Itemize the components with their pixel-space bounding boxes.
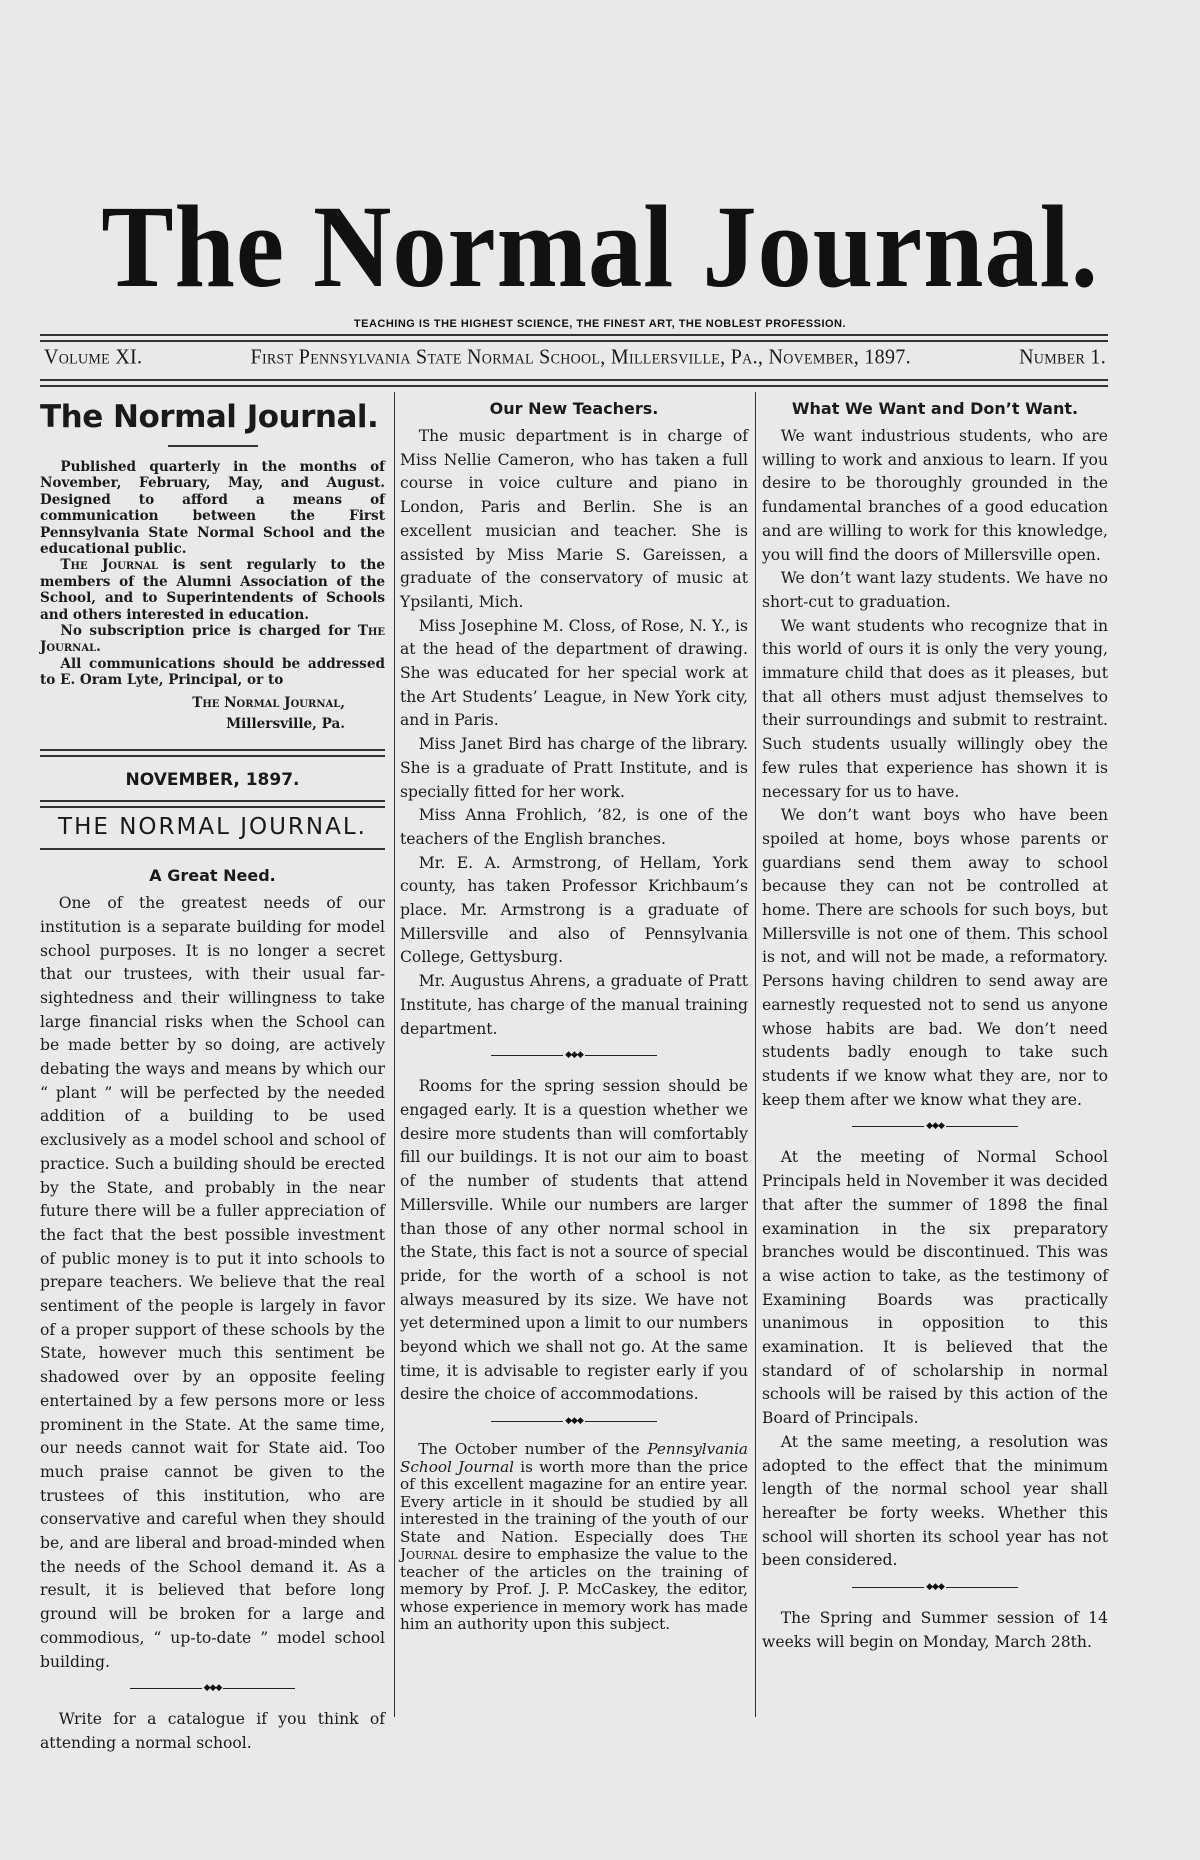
volume-number: Volume XI. xyxy=(44,345,142,369)
column-2: Our New Teachers. The music department i… xyxy=(400,395,748,1634)
article-paragraph: We want industrious students, who are wi… xyxy=(762,425,1108,567)
masthead-bottom-rule xyxy=(40,379,1108,387)
issue-number: Number 1. xyxy=(1019,345,1106,369)
info-paragraph: All communications should be addressed t… xyxy=(40,656,385,689)
issue-date-heading: NOVEMBER, 1897. xyxy=(40,769,385,793)
ornament-divider: ◆◆◆ xyxy=(40,1682,385,1694)
diamond-ornament-icon: ◆◆◆ xyxy=(204,1684,222,1693)
diamond-ornament-icon: ◆◆◆ xyxy=(926,1122,944,1131)
article-paragraph: We want students who recognize that in t… xyxy=(762,615,1108,805)
article-heading: Our New Teachers. xyxy=(400,397,748,421)
article-body: One of the greatest needs of our institu… xyxy=(40,892,385,1674)
article-heading: What We Want and Don’t Want. xyxy=(762,397,1108,421)
column-3: What We Want and Don’t Want. We want ind… xyxy=(762,395,1108,1654)
article-paragraph: Miss Josephine M. Closs, of Rose, N. Y.,… xyxy=(400,615,748,734)
ornament-divider: ◆◆◆ xyxy=(400,1049,748,1061)
session-notice: The Spring and Summer session of 14 week… xyxy=(762,1607,1108,1654)
short-rule xyxy=(168,445,258,447)
diamond-ornament-icon: ◆◆◆ xyxy=(565,1417,583,1426)
article-heading: A Great Need. xyxy=(40,864,385,888)
article-paragraph: We don’t want boys who have been spoiled… xyxy=(762,804,1108,1112)
meeting-paragraph: At the meeting of Normal School Principa… xyxy=(762,1146,1108,1430)
article-paragraph: The music department is in charge of Mis… xyxy=(400,425,748,615)
ornament-divider: ◆◆◆ xyxy=(400,1415,748,1427)
column-1: The Normal Journal. Published quarterly … xyxy=(40,395,385,1756)
info-paragraph: No subscription price is charged for The… xyxy=(40,623,385,656)
ornament-divider: ◆◆◆ xyxy=(762,1581,1108,1593)
article-paragraph: Mr. E. A. Armstrong, of Hellam, York cou… xyxy=(400,852,748,971)
institution-dateline: First Pennsylvania State Normal School, … xyxy=(251,345,911,369)
journal-name: The Journal xyxy=(60,557,158,573)
newspaper-title: The Normal Journal. xyxy=(48,188,1152,306)
article-paragraph: We don’t want lazy students. We have no … xyxy=(762,567,1108,614)
editorial-heading: THE NORMAL JOURNAL. xyxy=(40,812,385,850)
mailing-address: The Normal Journal, Millersville, Pa. xyxy=(40,693,385,735)
column-rule-1 xyxy=(394,392,395,1717)
column-rule-2 xyxy=(755,392,756,1717)
article-paragraph: Mr. Augustus Ahrens, a graduate of Pratt… xyxy=(400,970,748,1041)
section-rule xyxy=(40,800,385,808)
volume-line: Volume XI. First Pennsylvania State Norm… xyxy=(44,345,1106,369)
rooms-notice: Rooms for the spring session should be e… xyxy=(400,1075,748,1407)
diamond-ornament-icon: ◆◆◆ xyxy=(565,1051,583,1060)
editorial-box-title: The Normal Journal. xyxy=(40,395,385,439)
info-paragraph: Published quarterly in the months of Nov… xyxy=(40,459,385,557)
info-paragraph: The Journal is sent regularly to the mem… xyxy=(40,557,385,623)
october-notice: The October number of the Pennsylvania S… xyxy=(400,1441,748,1634)
diamond-ornament-icon: ◆◆◆ xyxy=(926,1583,944,1592)
section-rule xyxy=(40,749,385,757)
catalogue-notice: Write for a catalogue if you think of at… xyxy=(40,1708,385,1755)
masthead-top-rule xyxy=(40,334,1108,342)
ornament-divider: ◆◆◆ xyxy=(762,1120,1108,1132)
publication-info: Published quarterly in the months of Nov… xyxy=(40,459,385,735)
meeting-paragraph: At the same meeting, a resolution was ad… xyxy=(762,1431,1108,1573)
article-paragraph: Miss Janet Bird has charge of the librar… xyxy=(400,733,748,804)
article-paragraph: Miss Anna Frohlich, ’82, is one of the t… xyxy=(400,804,748,851)
tagline: TEACHING IS THE HIGHEST SCIENCE, THE FIN… xyxy=(0,318,1200,330)
masthead: The Normal Journal. TEACHING IS THE HIGH… xyxy=(0,188,1200,330)
